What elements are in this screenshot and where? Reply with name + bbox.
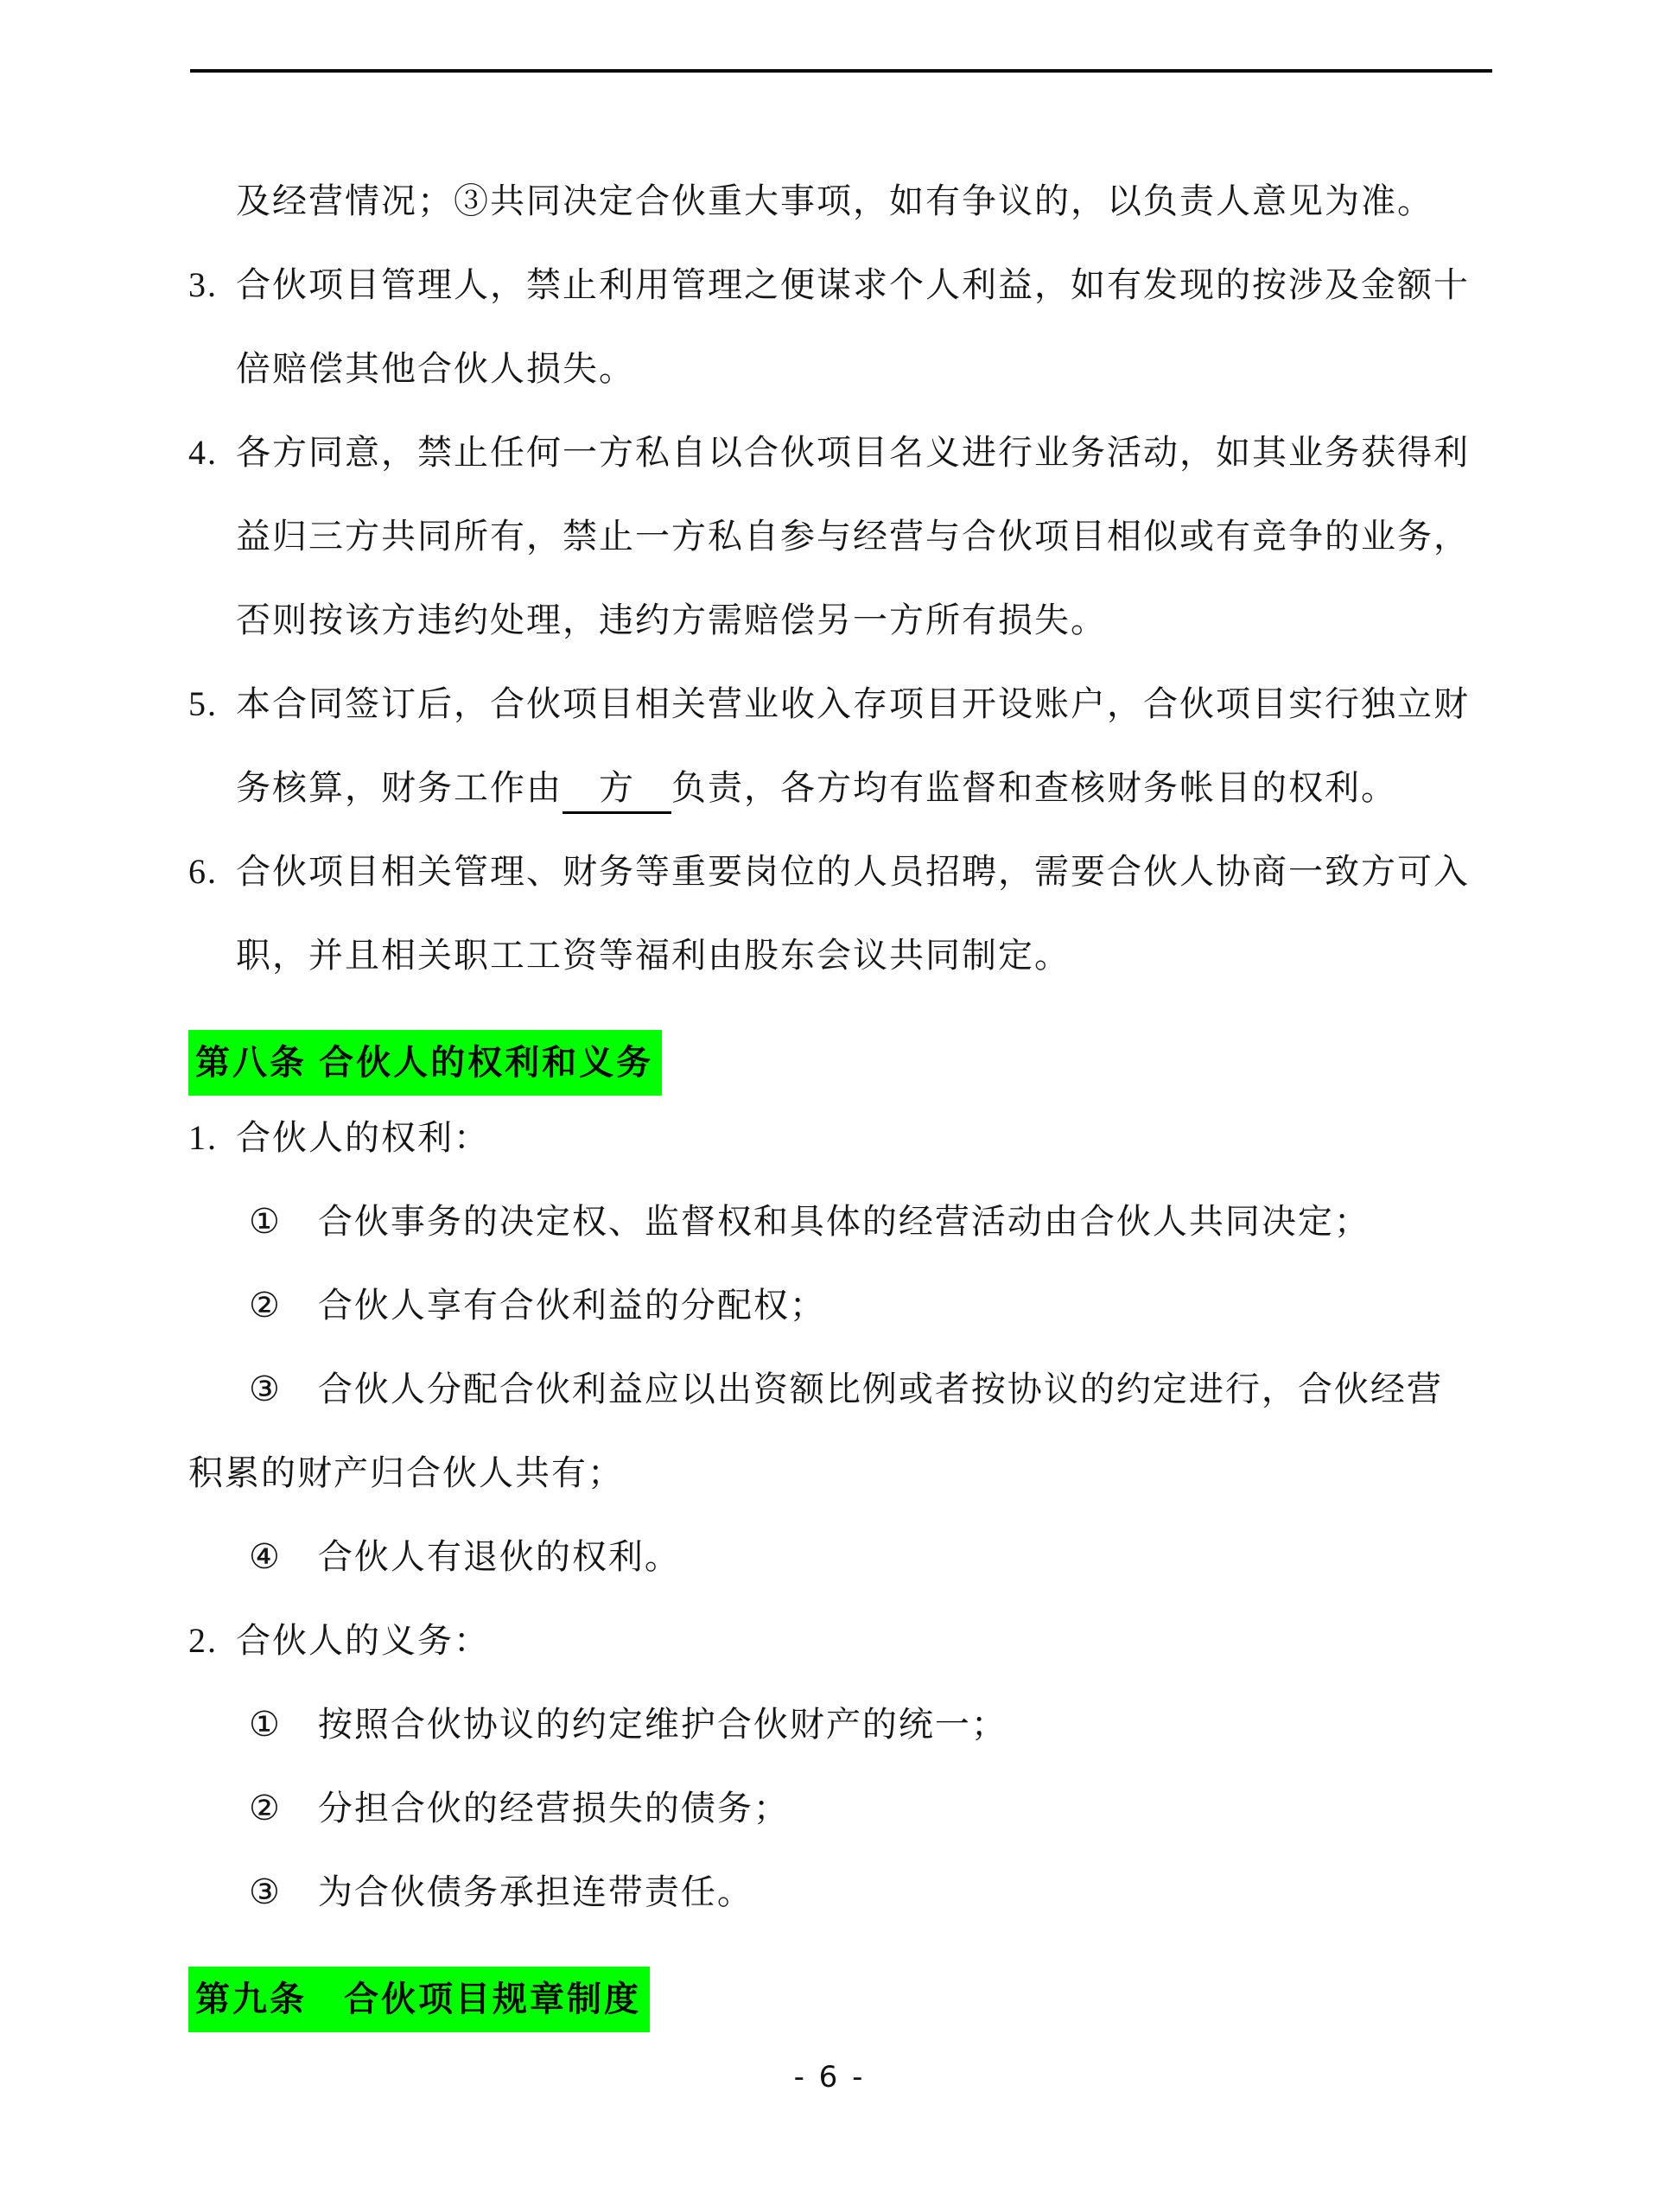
numbered-item-line: 职，并且相关职工工资等福利由股东会议共同制定。 [236, 913, 1536, 997]
section-heading-text: 第九条 合伙项目规章制度 [188, 1967, 650, 2032]
numbered-item-line: 2.合伙人的义务： [236, 1599, 1536, 1682]
section-heading: 第八条 合伙人的权利和义务 [188, 1030, 1536, 1096]
sub-item-line: ③合伙人分配合伙利益应以出资额比例或者按协议的约定进行，合伙经营 [249, 1347, 1536, 1431]
numbered-item-line: 益归三方共同所有，禁止一方私自参与经营与合伙项目相似或有竞争的业务， [236, 494, 1536, 578]
sub-item-line: ②分担合伙的经营损失的债务； [249, 1766, 1536, 1850]
circled-number: ③ [249, 1872, 282, 1911]
list-number: 4. [188, 410, 218, 494]
circled-number: ② [249, 1789, 282, 1827]
circled-number: ① [249, 1705, 282, 1744]
numbered-item-line: 1.合伙人的权利： [236, 1096, 1536, 1179]
document-body: 及经营情况；③共同决定合伙重大事项，如有争议的，以负责人意见为准。3.合伙项目管… [188, 159, 1536, 2032]
sub-item-line: ③为合伙债务承担连带责任。 [249, 1850, 1536, 1934]
numbered-item-line: 5.本合同签订后，合伙项目相关营业收入存项目开设账户，合伙项目实行独立财 [236, 662, 1536, 746]
list-number: 1. [188, 1096, 218, 1179]
numbered-item-line: 4.各方同意，禁止任何一方私自以合伙项目名义进行业务活动，如其业务获得利 [236, 410, 1536, 494]
paragraph-continuation-line: 及经营情况；③共同决定合伙重大事项，如有争议的，以负责人意见为准。 [236, 159, 1536, 243]
circled-number: ③ [249, 1370, 282, 1408]
fill-in-blank: 方 [563, 768, 671, 814]
numbered-item-line: 务核算，财务工作由 方 负责，各方均有监督和查核财务帐目的权利。 [236, 746, 1536, 829]
sub-item-line: 积累的财产归合伙人共有； [188, 1431, 1536, 1515]
numbered-item-line: 否则按该方违约处理，违约方需赔偿另一方所有损失。 [236, 578, 1536, 662]
circled-number: ④ [249, 1537, 282, 1576]
section-heading-text: 第八条 合伙人的权利和义务 [188, 1030, 662, 1096]
circled-number: ① [249, 1202, 282, 1241]
sub-item-line: ①合伙事务的决定权、监督权和具体的经营活动由合伙人共同决定； [249, 1179, 1536, 1263]
list-number: 6. [188, 829, 218, 913]
circled-number: ② [249, 1286, 282, 1325]
numbered-item-line: 倍赔偿其他合伙人损失。 [236, 327, 1536, 410]
list-number: 5. [188, 662, 218, 746]
list-number: 3. [188, 243, 218, 327]
section-heading: 第九条 合伙项目规章制度 [188, 1967, 1536, 2032]
list-number: 2. [188, 1599, 218, 1682]
numbered-item-line: 6.合伙项目相关管理、财务等重要岗位的人员招聘，需要合伙人协商一致方可入 [236, 829, 1536, 913]
sub-item-line: ④合伙人有退伙的权利。 [249, 1515, 1536, 1599]
numbered-item-line: 3.合伙项目管理人，禁止利用管理之便谋求个人利益，如有发现的按涉及金额十 [236, 243, 1536, 327]
sub-item-line: ②合伙人享有合伙利益的分配权； [249, 1263, 1536, 1347]
page-number: - 6 - [0, 2060, 1659, 2094]
header-rule [190, 69, 1492, 73]
document-page: 及经营情况；③共同决定合伙重大事项，如有争议的，以负责人意见为准。3.合伙项目管… [0, 0, 1659, 2212]
sub-item-line: ①按照合伙协议的约定维护合伙财产的统一； [249, 1682, 1536, 1766]
